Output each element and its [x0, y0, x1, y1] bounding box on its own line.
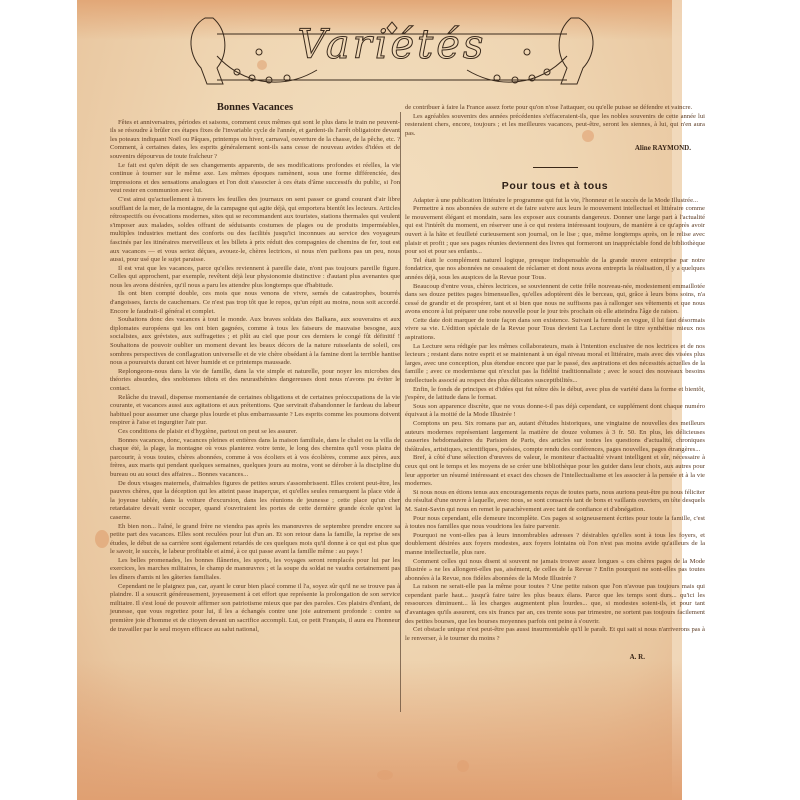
right-column: de contribuer à faire la France assez fo…: [405, 104, 705, 662]
paragraph: De doux visages maternels, d'aimables fi…: [110, 480, 400, 523]
article-title: Bonnes Vacances: [110, 104, 400, 113]
column-divider: [400, 112, 401, 712]
article-body: Adapter à une publication littéraire le …: [405, 197, 705, 644]
paragraph: Il est vrai que les vacances, parce qu'e…: [110, 265, 400, 291]
paragraph: La Lecture sera rédigée par les mêmes co…: [405, 343, 705, 386]
paragraph: Cependant ne le plaignez pas, car, ayant…: [110, 583, 400, 635]
paragraph: Pour nous cependant, elle demeure incomp…: [405, 515, 705, 532]
paragraph: Adapter à une publication littéraire le …: [405, 197, 705, 206]
paragraph: Bref, à côté d'une sélection d'œuvres de…: [405, 454, 705, 488]
paragraph: La raison ne serait-elle pas la même pou…: [405, 583, 705, 626]
paragraph: C'est ainsi qu'actuellement à travers le…: [110, 196, 400, 265]
stain: [377, 770, 393, 780]
paragraph: Enfin, le fonds de principes et d'idées …: [405, 386, 705, 403]
stain: [457, 760, 469, 772]
author-signature: Aline RAYMOND.: [405, 144, 691, 153]
paragraph: Cet obstacle unique n'est peut-être pas …: [405, 626, 705, 643]
paragraph: Si nous nous en étions tenus aux encoura…: [405, 489, 705, 515]
stain: [95, 530, 109, 548]
paragraph: Comment celles qui nous disent si souven…: [405, 558, 705, 584]
author-initials: A. R.: [405, 653, 645, 662]
paragraph: Permettre à nos abonnées de suivre et de…: [405, 205, 705, 257]
section-rule: [533, 167, 578, 168]
paragraph: Le fait est qu'en dépit de ses changemen…: [110, 162, 400, 196]
paragraph: Comptons un peu. Six romans par an, auta…: [405, 420, 705, 454]
paragraph: Tel était le complément naturel logique,…: [405, 257, 705, 283]
paragraph: Les agréables souvenirs des années précé…: [405, 113, 705, 139]
paragraph: Ils ont bien compté double, ces mois que…: [110, 290, 400, 316]
article-continuation: de contribuer à faire la France assez fo…: [405, 104, 705, 138]
paragraph: Sous son apparence discrète, que ne vous…: [405, 403, 705, 420]
paragraph: Fêtes et anniversaires, périodes et sais…: [110, 119, 400, 162]
paragraph: Beaucoup d'entre vous, chères lectrices,…: [405, 283, 705, 317]
section-title: Variétés: [177, 22, 607, 68]
paragraph: de contribuer à faire la France assez fo…: [405, 104, 705, 113]
article-bonnes-vacances: Bonnes Vacances Fêtes et anniversaires, …: [110, 104, 400, 634]
paragraph: Relâche du travail, dispense momentanée …: [110, 394, 400, 428]
paragraph: Souhaitons donc des vacances à tout le m…: [110, 316, 400, 368]
article-title: Pour tous et à tous: [405, 182, 705, 191]
article-body: Fêtes et anniversaires, périodes et sais…: [110, 119, 400, 635]
paragraph: Cette date doit marquer de toute façon d…: [405, 317, 705, 343]
paragraph: Eh bien non... l'aîné, le grand frère ne…: [110, 523, 400, 557]
paragraph: Ces conditions de plaisir et d'hygiène, …: [110, 428, 400, 437]
paragraph: Replongeons-nous dans la vie de famille,…: [110, 368, 400, 394]
paragraph: Les belles promenades, les bonnes flâner…: [110, 557, 400, 583]
paragraph: Bonnes vacances, donc, vacances pleines …: [110, 437, 400, 480]
paragraph: Pourquoi ne vont-elles pas à leurs innom…: [405, 532, 705, 558]
masthead-banner: Variétés: [177, 8, 607, 86]
